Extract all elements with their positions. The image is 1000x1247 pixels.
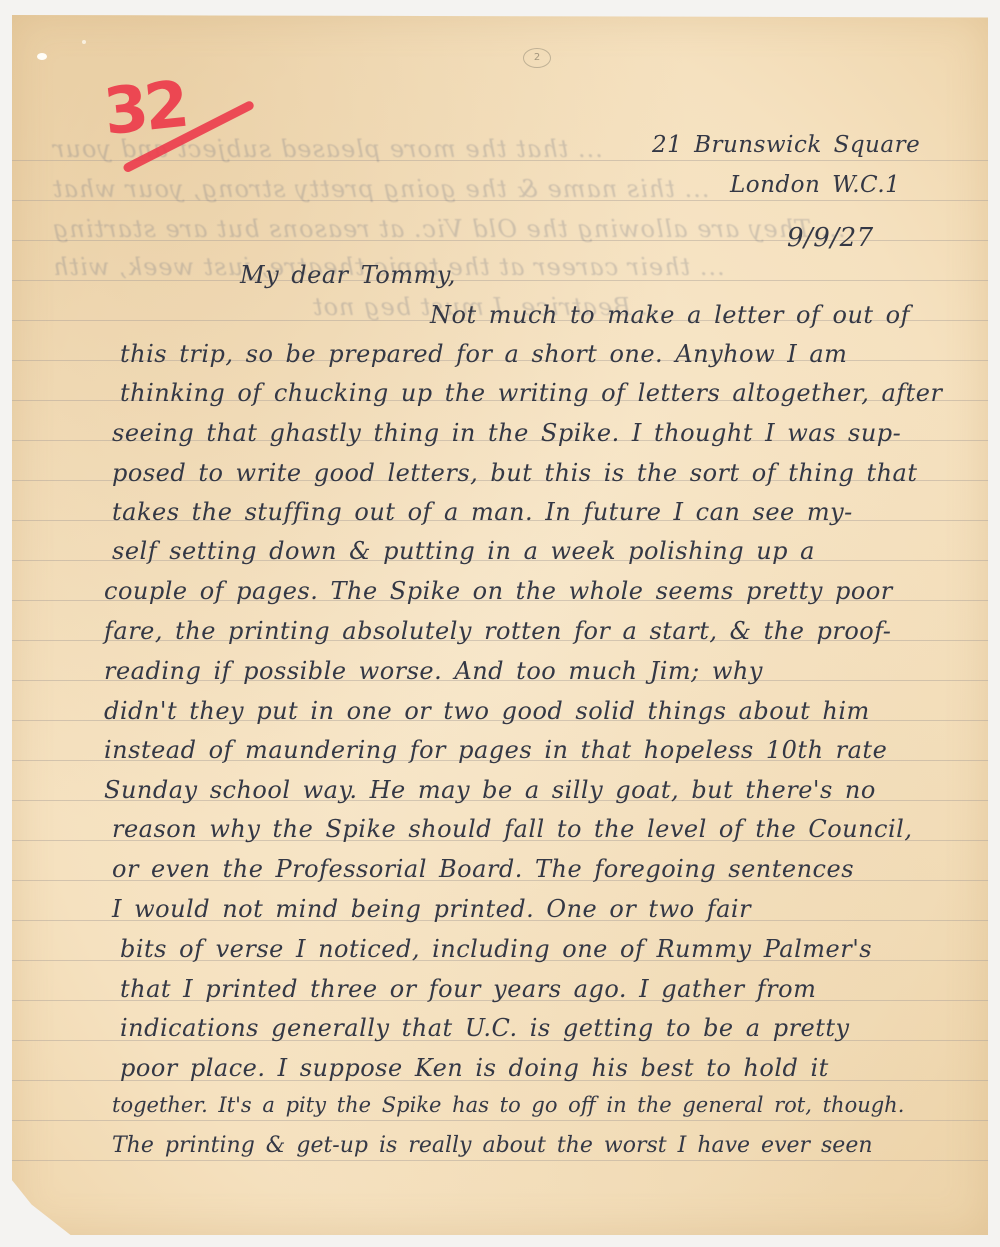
body-line: couple of pages. The Spike on the whole …: [104, 577, 893, 605]
body-line: seeing that ghastly thing in the Spike. …: [112, 419, 901, 447]
archive-number: 32: [101, 73, 188, 145]
bleed-through-text: ... They are allowing the Old Vic. at re…: [52, 215, 846, 243]
body-line: indications generally that U.C. is getti…: [120, 1014, 850, 1042]
body-line: posed to write good letters, but this is…: [112, 459, 918, 487]
body-line: or even the Professorial Board. The fore…: [112, 855, 854, 883]
body-line: Sunday school way. He may be a silly goa…: [104, 776, 876, 804]
salutation: My dear Tommy,: [240, 261, 456, 289]
body-line: reason why the Spike should fall to the …: [112, 815, 912, 843]
address-line-1: 21 Brunswick Square: [652, 132, 920, 158]
bleed-through-text: ... this name & the going pretty strong,…: [52, 175, 709, 203]
paper-blemish: [37, 53, 47, 60]
body-line: together. It's a pity the Spike has to g…: [112, 1093, 904, 1117]
body-line: I would not mind being printed. One or t…: [112, 895, 751, 923]
letter-date: 9/9/27: [787, 223, 874, 253]
letter-page: 2 ... that the more pleased subject and …: [12, 15, 988, 1235]
ruled-line: [12, 1160, 988, 1161]
body-line: reading if possible worse. And too much …: [104, 657, 763, 685]
body-line: that I printed three or four years ago. …: [120, 975, 816, 1003]
ruled-line: [12, 1120, 988, 1121]
body-line: instead of maundering for pages in that …: [104, 736, 887, 764]
body-line: The printing & get-up is really about th…: [112, 1133, 873, 1158]
body-line: poor place. I suppose Ken is doing his b…: [120, 1054, 829, 1082]
body-line: self setting down & putting in a week po…: [112, 537, 815, 565]
page-number-mark: 2: [523, 48, 551, 68]
body-line: takes the stuffing out of a man. In futu…: [112, 498, 853, 526]
body-line: Not much to make a letter of out of: [430, 301, 910, 329]
body-line: thinking of chucking up the writing of l…: [120, 379, 942, 407]
body-line: this trip, so be prepared for a short on…: [120, 340, 847, 368]
body-line: fare, the printing absolutely rotten for…: [104, 617, 891, 645]
body-line: bits of verse I noticed, including one o…: [120, 935, 872, 963]
address-line-2: London W.C.1: [730, 172, 900, 198]
body-line: didn't they put in one or two good solid…: [104, 697, 870, 725]
paper-blemish: [82, 40, 86, 44]
